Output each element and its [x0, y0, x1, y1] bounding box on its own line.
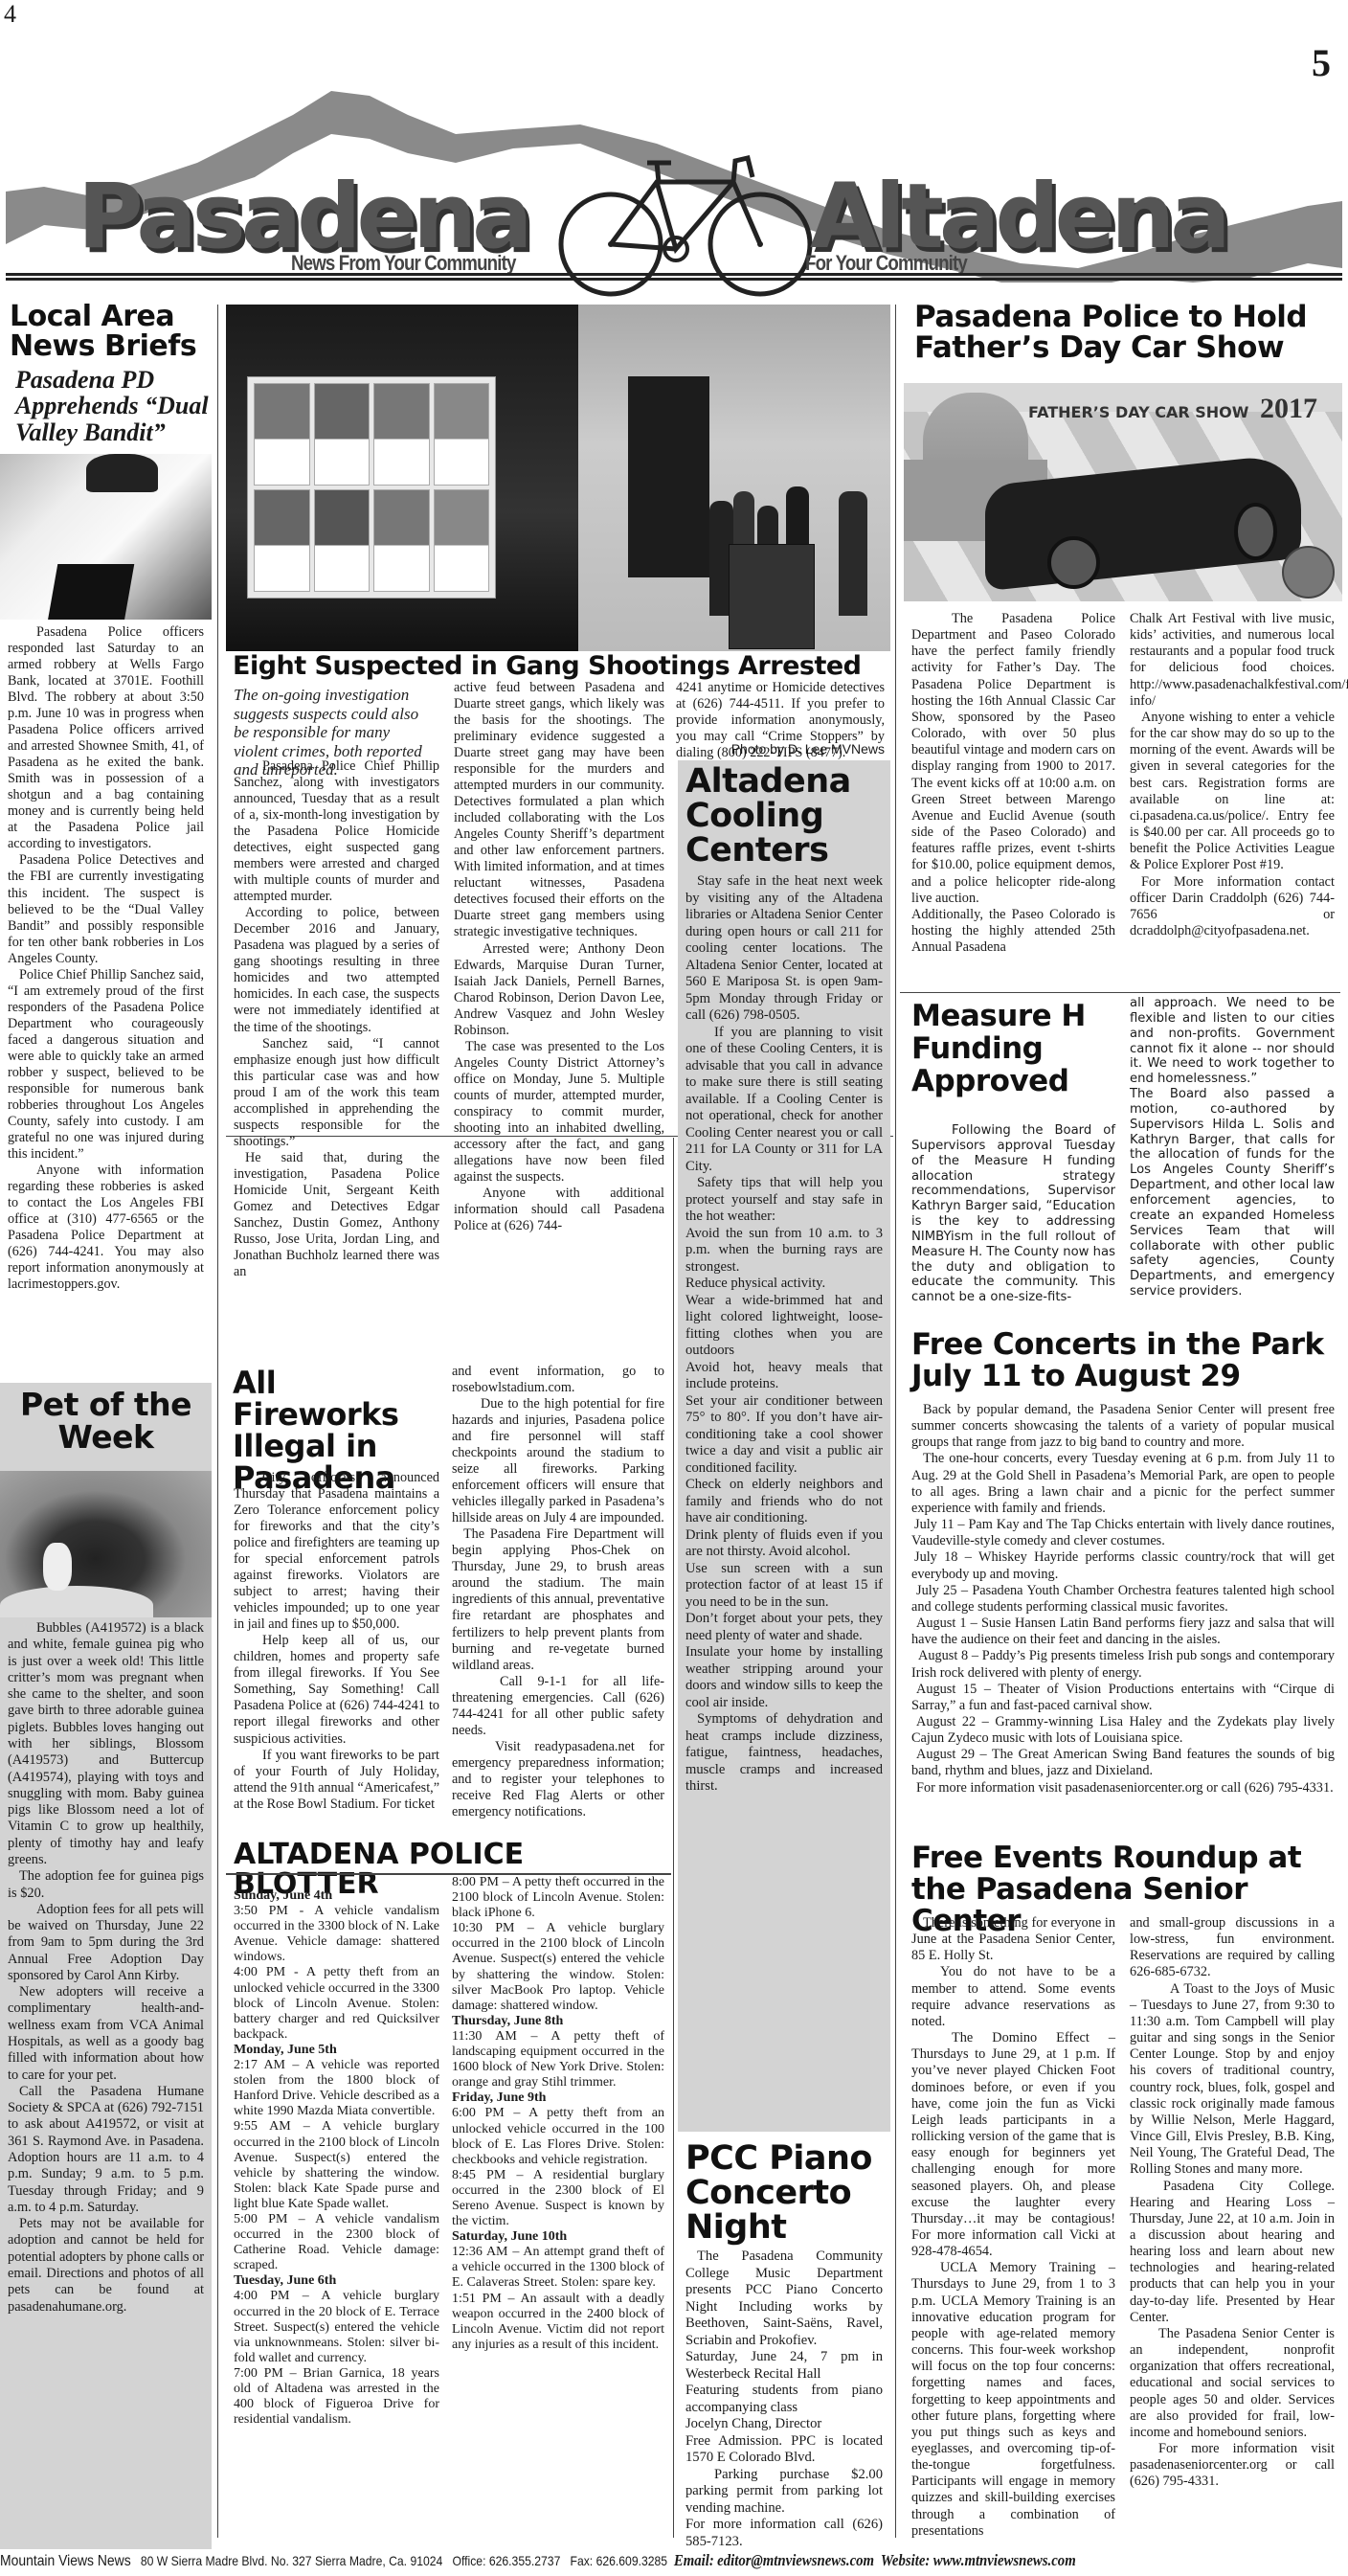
pcc-piano-body: The Pasadena Community College Music Dep…	[685, 2248, 883, 2550]
suspects-projection-screen	[247, 376, 496, 599]
free-concerts-body: Back by popular demand, the Pasadena Sen…	[911, 1402, 1335, 1796]
measure-h-col1: Following the Board of Supervisors appro…	[911, 1123, 1115, 1305]
press-conference-photo	[226, 305, 890, 651]
local-briefs-headline: Local Area News Briefs	[10, 303, 213, 361]
bandit-surveillance-photo	[0, 454, 212, 620]
column-divider	[895, 305, 896, 2538]
footer-email-link[interactable]: editor@mtnviewsnews.com	[717, 2551, 874, 2569]
guinea-pig-photo	[0, 1471, 212, 1617]
fireworks-col2: and event information, go to rosebowlsta…	[452, 1364, 664, 1820]
police-badge-icon	[1282, 546, 1335, 599]
measure-h-headline: Measure H Funding Approved	[911, 1000, 1112, 1097]
footer-website-label: Website:	[881, 2551, 930, 2569]
podium	[729, 544, 815, 649]
footer-email-label: Email:	[674, 2551, 714, 2569]
page-number-left: 4	[4, 0, 16, 29]
local-briefs-body: Pasadena Police officers responded last …	[8, 624, 204, 1293]
pcc-piano-headline: PCC Piano Concerto Night	[685, 2141, 887, 2245]
car-show-col1: The Pasadena Police Department and Paseo…	[911, 611, 1115, 956]
blotter-col1: Sunday, June 4th 3:50 PM - A vehicle van…	[234, 1888, 439, 2428]
footer-fax: Fax: 626.609.3285	[571, 2553, 668, 2568]
footer-website-link[interactable]: www.mtnviewsnews.com	[933, 2551, 1076, 2569]
footer-address: 80 W Sierra Madre Blvd. No. 327 Sierra M…	[141, 2553, 442, 2568]
fireworks-col1: City officials announced Thursday that P…	[234, 1470, 439, 1813]
free-concerts-headline: Free Concerts in the Park July 11 to Aug…	[911, 1329, 1342, 1392]
car-show-headline: Pasadena Police to Hold Father’s Day Car…	[914, 303, 1345, 363]
car-show-promo-image: FATHER’S DAY CAR SHOW 2017	[904, 383, 1342, 601]
footer-office: Office: 626.355.2737	[452, 2553, 560, 2568]
masthead-divider	[6, 273, 1342, 281]
gang-story-headline: Eight Suspected in Gang Shootings Arrest…	[233, 653, 893, 680]
gang-story-col2: active feud between Pasadena and Duarte …	[454, 680, 664, 1234]
cooling-centers-body: Stay safe in the heat next week by visit…	[685, 873, 883, 1796]
blotter-col2: 8:00 PM – A petty theft occurred in the …	[452, 1875, 664, 2353]
car-show-col2: Chalk Art Festival with live music, kids…	[1130, 611, 1335, 939]
footer: Mountain Views News 80 W Sierra Madre Bl…	[0, 2551, 1173, 2572]
measure-h-col2: all approach. We need to be flexible and…	[1130, 996, 1335, 1299]
local-briefs-subhead: Pasadena PD Apprehends “Dual Valley Band…	[10, 367, 213, 445]
section-divider	[900, 992, 1340, 993]
car-show-banner: FATHER’S DAY CAR SHOW 2017	[1028, 393, 1315, 425]
photo-credit: Photo by D. Lee MVNews	[676, 741, 885, 757]
cooling-centers-headline: Altadena Cooling Centers	[685, 764, 887, 868]
pet-of-week-body: Bubbles (A419572) is a black and white, …	[8, 1620, 204, 2316]
pet-of-week-headline: Pet of the Week	[0, 1389, 212, 1453]
gang-story-col1: Pasadena Police Chief Phillip Sanchez, a…	[234, 758, 439, 1280]
column-divider	[673, 1138, 674, 2538]
footer-publication: Mountain Views News	[0, 2553, 131, 2569]
masthead: Pasadena Altadena News From Your Communi…	[6, 38, 1342, 282]
free-events-col2: and small-group discussions in a low-str…	[1130, 1915, 1335, 2490]
local-briefs-article: Local Area News Briefs Pasadena PD Appre…	[10, 303, 213, 445]
column-divider	[217, 305, 218, 2538]
free-events-col1: There is something for everyone in June …	[911, 1915, 1115, 2540]
